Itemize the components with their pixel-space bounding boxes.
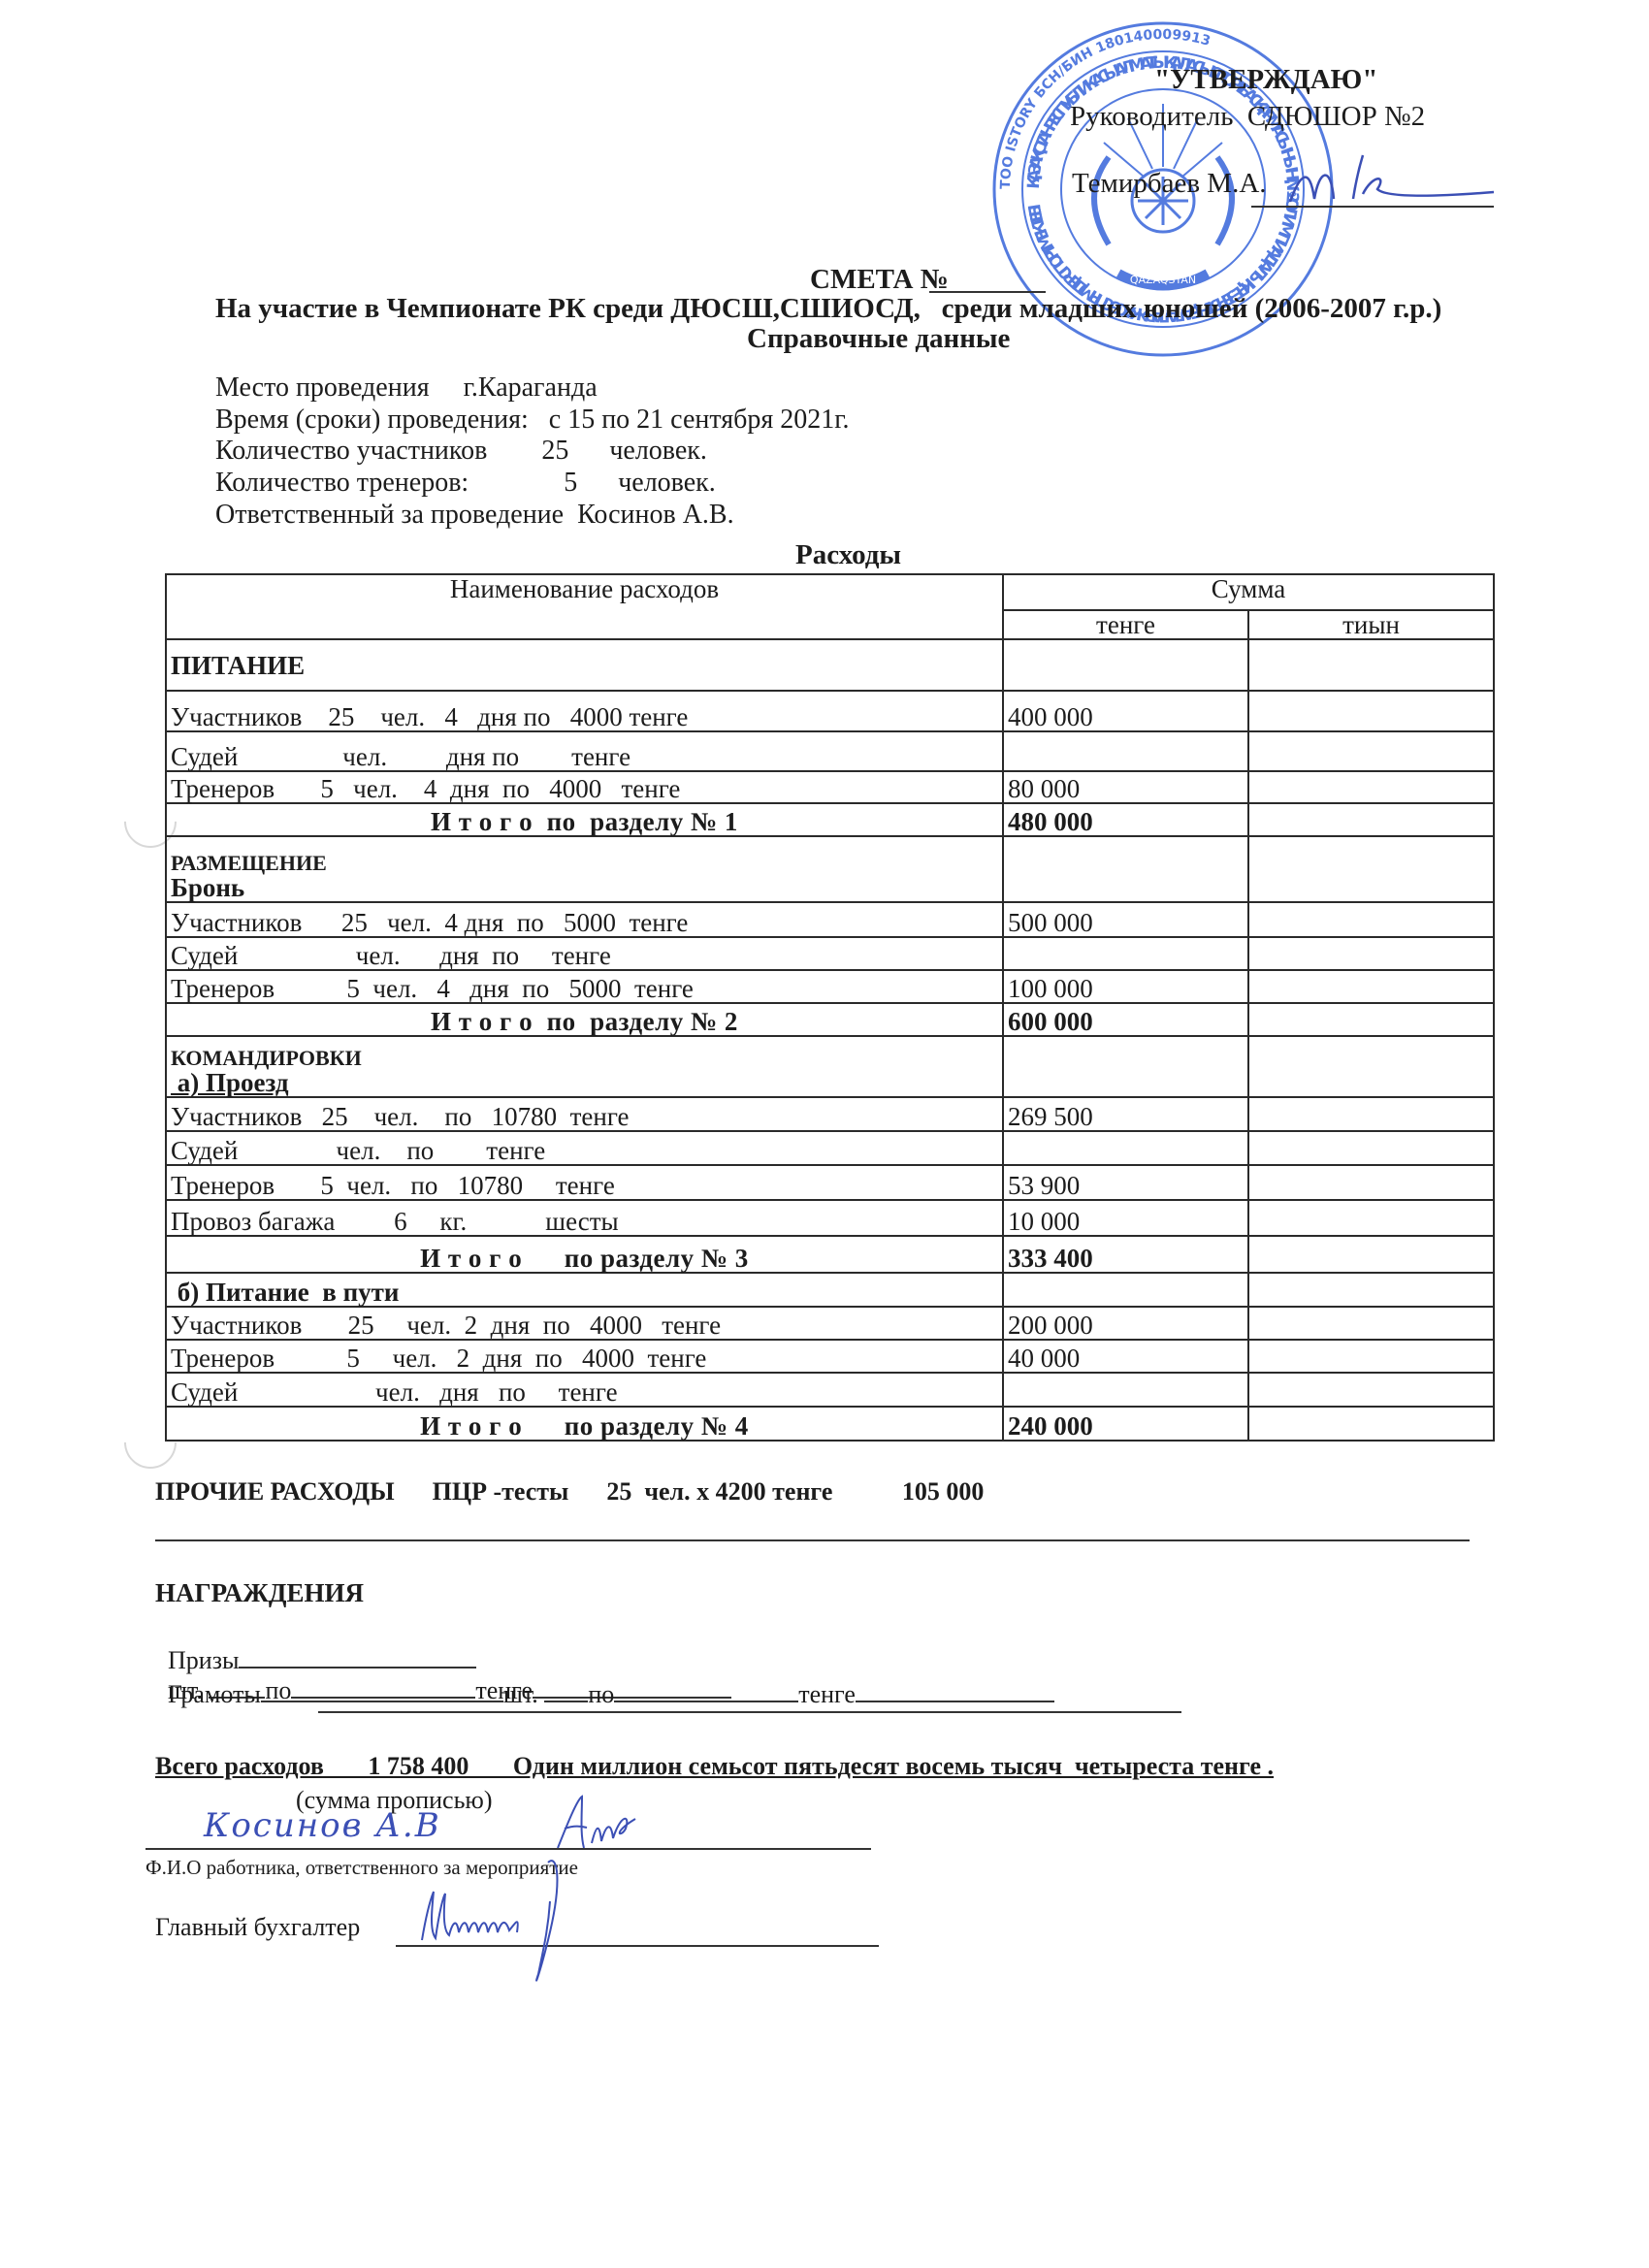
amount-tenge: 240 000: [1003, 1407, 1248, 1441]
table-row: Тренеров 5 чел. 4 дня по 4000 тенге80 00…: [166, 771, 1494, 803]
amount-tenge: 40 000: [1003, 1340, 1248, 1373]
grand-total: Всего расходов 1 758 400 Один миллион се…: [155, 1752, 1274, 1781]
amount-tiyn: [1248, 1340, 1494, 1373]
header-sum: Сумма: [1003, 574, 1494, 610]
estimate-purpose: На участие в Чемпионате РК среди ДЮСШ,СШ…: [215, 293, 1441, 325]
amount-tiyn: [1248, 970, 1494, 1003]
table-total-row: И т о г о по разделу № 2600 000: [166, 1003, 1494, 1036]
amount-tiyn: [1248, 803, 1494, 836]
expenses-table: Наименование расходов Сумма тенге тиын П…: [165, 573, 1495, 1442]
amount-tiyn: [1248, 1036, 1494, 1097]
header-tiyn: тиын: [1248, 610, 1494, 639]
certificates-qty-blank: [261, 1679, 503, 1702]
amount-tiyn: [1248, 1307, 1494, 1340]
expense-item-label: Тренеров 5 чел. по 10780 тенге: [166, 1165, 1003, 1200]
section-title: ПИТАНИЕ: [166, 639, 1003, 691]
amount-tenge: [1003, 639, 1248, 691]
amount-tenge: 53 900: [1003, 1165, 1248, 1200]
amount-tiyn: [1248, 1407, 1494, 1441]
amount-tiyn: [1248, 902, 1494, 937]
info-participants: Количество участников 25 человек.: [215, 436, 707, 467]
chief-accountant-label: Главный бухгалтер: [155, 1913, 360, 1942]
amount-tenge: [1003, 937, 1248, 970]
amount-tiyn: [1248, 691, 1494, 731]
info-venue: Место проведения г.Караганда: [215, 373, 598, 404]
header-name: Наименование расходов: [166, 574, 1003, 639]
director-signature: [1280, 146, 1503, 213]
table-row: Тренеров 5 чел. 2 дня по 4000 тенге40 00…: [166, 1340, 1494, 1373]
other-expenses: ПРОЧИЕ РАСХОДЫ ПЦР -тесты 25 чел. х 4200…: [155, 1477, 984, 1507]
expense-item-label: Участников 25 чел. 2 дня по 4000 тенге: [166, 1307, 1003, 1340]
amount-tiyn: [1248, 1200, 1494, 1236]
expense-item-label: Судей чел. дня по тенге: [166, 937, 1003, 970]
table-row: Участников 25 чел. по 10780 тенге269 500: [166, 1097, 1494, 1131]
section-total-label: И т о г о по разделу № 2: [166, 1003, 1003, 1036]
expense-item-label: Тренеров 5 чел. 4 дня по 4000 тенге: [166, 771, 1003, 803]
section-subtitle: Бронь: [171, 873, 244, 902]
amount-tenge: [1003, 1036, 1248, 1097]
amount-tenge: 400 000: [1003, 691, 1248, 731]
amount-tiyn: [1248, 836, 1494, 902]
table-section-row: РАЗМЕЩЕНИЕБронь: [166, 836, 1494, 902]
table-row: Судей чел. дня по тенге: [166, 731, 1494, 771]
divider: [318, 1711, 1181, 1713]
table-total-row: И т о г о по разделу № 3333 400: [166, 1236, 1494, 1273]
table-row: Судей чел. дня по тенге: [166, 1373, 1494, 1407]
amount-tenge: 600 000: [1003, 1003, 1248, 1036]
amount-tenge: [1003, 731, 1248, 771]
amount-tiyn: [1248, 1131, 1494, 1165]
info-responsible: Ответственный за проведение Косинов А.В.: [215, 500, 734, 531]
header-tenge: тенге: [1003, 610, 1248, 639]
amount-tenge: [1003, 1373, 1248, 1407]
expense-item-label: Тренеров 5 чел. 4 дня по 5000 тенге: [166, 970, 1003, 1003]
amount-tiyn: [1248, 1273, 1494, 1307]
table-row: Тренеров 5 чел. 4 дня по 5000 тенге100 0…: [166, 970, 1494, 1003]
section-total-label: И т о г о по разделу № 1: [166, 803, 1003, 836]
section-category: РАЗМЕЩЕНИЕ: [171, 852, 998, 874]
expense-item-label: Тренеров 5 чел. 2 дня по 4000 тенге: [166, 1340, 1003, 1373]
table-row: Судей чел. дня по тенге: [166, 937, 1494, 970]
amount-tiyn: [1248, 1373, 1494, 1407]
section-total-label: И т о г о по разделу № 3: [166, 1236, 1003, 1273]
section-total-label: И т о г о по разделу № 4: [166, 1407, 1003, 1441]
approval-name: Темирбаев М.А.: [1072, 168, 1267, 200]
section-subtitle: а) Проезд: [171, 1068, 289, 1097]
expense-item-label: Судей чел. дня по тенге: [166, 731, 1003, 771]
amount-tenge: 480 000: [1003, 803, 1248, 836]
certificates-total-blank: [856, 1679, 1054, 1702]
table-total-row: И т о г о по разделу № 4240 000: [166, 1407, 1494, 1441]
table-row: Тренеров 5 чел. по 10780 тенге53 900: [166, 1165, 1494, 1200]
amount-tenge: 10 000: [1003, 1200, 1248, 1236]
amount-tiyn: [1248, 771, 1494, 803]
amount-tenge: 500 000: [1003, 902, 1248, 937]
amount-tenge: 200 000: [1003, 1307, 1248, 1340]
table-section-row: ПИТАНИЕ: [166, 639, 1494, 691]
amount-tiyn: [1248, 1165, 1494, 1200]
section-title: КОМАНДИРОВКИ а) Проезд: [166, 1036, 1003, 1097]
section-category: КОМАНДИРОВКИ: [171, 1047, 998, 1069]
expense-item-label: Провоз багажа 6 кг. шесты: [166, 1200, 1003, 1236]
subsection-title: б) Питание в пути: [166, 1273, 1003, 1307]
amount-tenge: [1003, 1273, 1248, 1307]
amount-tenge: [1003, 836, 1248, 902]
expense-item-label: Участников 25 чел. 4 дня по 5000 тенге: [166, 902, 1003, 937]
table-row: Провоз багажа 6 кг. шесты10 000: [166, 1200, 1494, 1236]
amount-tenge: 80 000: [1003, 771, 1248, 803]
svg-text:QAZAQSTAN: QAZAQSTAN: [1130, 274, 1196, 286]
table-row: Участников 25 чел. 2 дня по 4000 тенге20…: [166, 1307, 1494, 1340]
certificates-blank: [544, 1679, 588, 1702]
award-row-certificates: Грамотышт. потенге: [155, 1650, 1054, 1709]
amount-tenge: 333 400: [1003, 1236, 1248, 1273]
amount-tenge: 269 500: [1003, 1097, 1248, 1131]
chief-accountant-signature: [403, 1843, 655, 1989]
estimate-title: СМЕТА №: [810, 264, 949, 296]
expenses-title: Расходы: [795, 539, 901, 571]
table-section-row: КОМАНДИРОВКИ а) Проезд: [166, 1036, 1494, 1097]
amount-tiyn: [1248, 1003, 1494, 1036]
responsible-handwritten-name: Косинов А.В: [204, 1806, 441, 1845]
table-row: Судей чел. по тенге: [166, 1131, 1494, 1165]
awards-title: НАГРАЖДЕНИЯ: [155, 1578, 364, 1608]
section-title: РАЗМЕЩЕНИЕБронь: [166, 836, 1003, 902]
reference-data-title: Справочные данные: [747, 323, 1010, 355]
certificates-price-blank: [614, 1679, 798, 1702]
amount-tiyn: [1248, 1097, 1494, 1131]
amount-tenge: [1003, 1131, 1248, 1165]
approval-role: Руководитель СДЮШОР №2: [1070, 101, 1425, 133]
divider: [155, 1539, 1470, 1541]
approval-title: "УТВЕРЖДАЮ": [1154, 64, 1377, 96]
table-section-row: б) Питание в пути: [166, 1273, 1494, 1307]
expense-item-label: Судей чел. по тенге: [166, 1131, 1003, 1165]
amount-tiyn: [1248, 1236, 1494, 1273]
table-total-row: И т о г о по разделу № 1480 000: [166, 803, 1494, 836]
info-coaches: Количество тренеров: 5 человек.: [215, 468, 716, 499]
table-row: Участников 25 чел. 4 дня по 4000 тенге40…: [166, 691, 1494, 731]
expense-item-label: Судей чел. дня по тенге: [166, 1373, 1003, 1407]
amount-tiyn: [1248, 731, 1494, 771]
info-dates: Время (сроки) проведения: с 15 по 21 сен…: [215, 405, 850, 436]
amount-tiyn: [1248, 639, 1494, 691]
amount-tiyn: [1248, 937, 1494, 970]
amount-tenge: 100 000: [1003, 970, 1248, 1003]
expense-item-label: Участников 25 чел. 4 дня по 4000 тенге: [166, 691, 1003, 731]
expense-item-label: Участников 25 чел. по 10780 тенге: [166, 1097, 1003, 1131]
table-row: Участников 25 чел. 4 дня по 5000 тенге50…: [166, 902, 1494, 937]
